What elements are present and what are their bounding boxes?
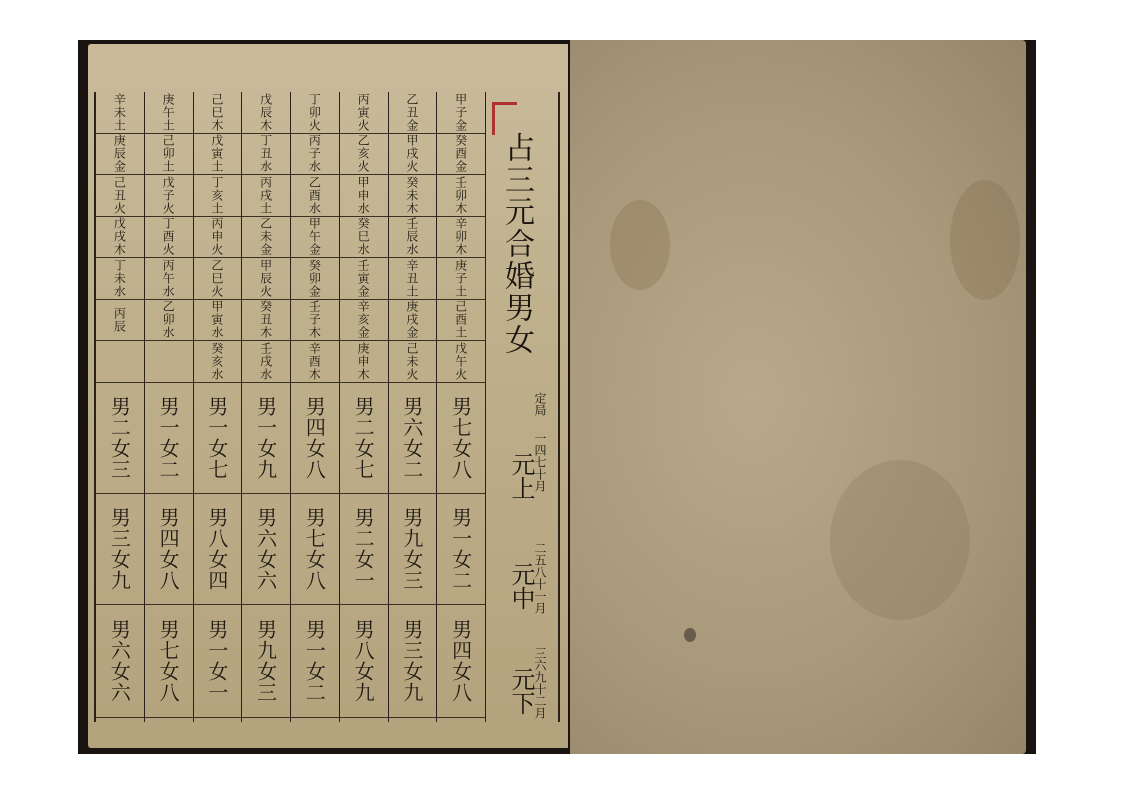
ganzhi-cell: 戊戌木 xyxy=(96,217,144,259)
ganzhi-cell: 丙子水 xyxy=(291,134,339,176)
ganzhi-cell: 乙巳火 xyxy=(194,258,242,300)
ganzhi-cell: 乙丑金 xyxy=(389,92,437,134)
ganzhi-cell: 辛未土 xyxy=(96,92,144,134)
ganzhi-cell: 甲戌火 xyxy=(389,134,437,176)
table-column: 甲子金 癸酉金 壬卯木 辛卯木 庚子土 己酉土 戊午火 男七女八 男一女二 男四… xyxy=(437,92,486,722)
lower-yuan-cell: 男三女九 xyxy=(389,605,437,718)
document-title: 占三元合婚男女 xyxy=(494,132,538,356)
ganzhi-cell: 甲午金 xyxy=(291,217,339,259)
ganzhi-cell: 戊寅土 xyxy=(194,134,242,176)
upper-yuan-cell: 男一女七 xyxy=(194,383,242,494)
ganzhi-cell: 丁未水 xyxy=(96,258,144,300)
ganzhi-cell xyxy=(96,341,144,383)
middle-yuan-cell: 男八女四 xyxy=(194,494,242,605)
ganzhi-cell: 甲寅水 xyxy=(194,300,242,342)
paper-stain xyxy=(950,180,1020,300)
ganzhi-cell: 庚戌金 xyxy=(389,300,437,342)
ganzhi-cell: 辛酉木 xyxy=(291,341,339,383)
middle-yuan-cell: 男三女九 xyxy=(96,494,144,605)
ganzhi-cell: 壬寅金 xyxy=(340,258,388,300)
compatibility-table: 甲子金 癸酉金 壬卯木 辛卯木 庚子土 己酉土 戊午火 男七女八 男一女二 男四… xyxy=(94,92,486,722)
ganzhi-cell: 己酉土 xyxy=(437,300,485,342)
section-yuan-middle: 元中 xyxy=(504,562,539,610)
ganzhi-cell: 甲子金 xyxy=(437,92,485,134)
paper-stain xyxy=(610,200,670,290)
ganzhi-cell: 壬戌水 xyxy=(242,341,290,383)
table-column: 丁卯火 丙子水 乙酉水 甲午金 癸卯金 壬子木 辛酉木 男四女八 男七女八 男一… xyxy=(291,92,340,722)
ganzhi-cell: 丙戌土 xyxy=(242,175,290,217)
ganzhi-cell: 庚午土 xyxy=(145,92,193,134)
ganzhi-cell xyxy=(145,341,193,383)
upper-yuan-cell: 男六女二 xyxy=(389,383,437,494)
table-column: 乙丑金 甲戌火 癸未木 壬辰水 辛丑土 庚戌金 己未火 男六女二 男九女三 男三… xyxy=(389,92,438,722)
ganzhi-cell: 戊子火 xyxy=(145,175,193,217)
ganzhi-cell: 丁亥土 xyxy=(194,175,242,217)
ganzhi-cell: 丙午水 xyxy=(145,258,193,300)
ganzhi-cell: 辛丑土 xyxy=(389,258,437,300)
ganzhi-cell: 癸丑木 xyxy=(242,300,290,342)
ganzhi-cell: 壬子木 xyxy=(291,300,339,342)
paper-stain xyxy=(830,460,970,620)
upper-yuan-cell: 男二女七 xyxy=(340,383,388,494)
manuscript-photo: 甲子金 癸酉金 壬卯木 辛卯木 庚子土 己酉土 戊午火 男七女八 男一女二 男四… xyxy=(78,40,1036,754)
ganzhi-cell: 辛亥金 xyxy=(340,300,388,342)
table-column: 己巳木 戊寅土 丁亥土 丙申火 乙巳火 甲寅水 癸亥水 男一女七 男八女四 男一… xyxy=(194,92,243,722)
title-column: 占三元合婚男女 定局 一四七十月 元上 二五八十一月 元中 三六九十二月 元下 xyxy=(488,92,560,722)
lower-yuan-cell: 男八女九 xyxy=(340,605,388,718)
ganzhi-cell: 丁酉火 xyxy=(145,217,193,259)
ganzhi-cell: 戊午火 xyxy=(437,341,485,383)
ganzhi-cell: 己丑火 xyxy=(96,175,144,217)
left-page: 甲子金 癸酉金 壬卯木 辛卯木 庚子土 己酉土 戊午火 男七女八 男一女二 男四… xyxy=(88,44,568,748)
section-yuan-upper: 元上 xyxy=(504,452,539,500)
upper-yuan-cell: 男四女八 xyxy=(291,383,339,494)
ganzhi-cell: 乙卯水 xyxy=(145,300,193,342)
lower-yuan-cell: 男一女二 xyxy=(291,605,339,718)
ganzhi-cell: 庚辰金 xyxy=(96,134,144,176)
upper-yuan-cell: 男二女三 xyxy=(96,383,144,494)
red-bracket-mark xyxy=(492,102,517,135)
ganzhi-cell: 丁卯火 xyxy=(291,92,339,134)
middle-yuan-cell: 男二女一 xyxy=(340,494,388,605)
ganzhi-cell: 丙申火 xyxy=(194,217,242,259)
ganzhi-cell: 丁丑水 xyxy=(242,134,290,176)
ganzhi-cell: 壬卯木 xyxy=(437,175,485,217)
ganzhi-cell: 丙寅火 xyxy=(340,92,388,134)
ganzhi-cell: 壬辰水 xyxy=(389,217,437,259)
ganzhi-cell: 癸未木 xyxy=(389,175,437,217)
middle-yuan-cell: 男六女六 xyxy=(242,494,290,605)
ganzhi-cell: 癸亥水 xyxy=(194,341,242,383)
ganzhi-cell: 甲申水 xyxy=(340,175,388,217)
middle-yuan-cell: 男四女八 xyxy=(145,494,193,605)
ganzhi-cell: 癸巳水 xyxy=(340,217,388,259)
ganzhi-cell: 乙酉水 xyxy=(291,175,339,217)
lower-yuan-cell: 男七女八 xyxy=(145,605,193,718)
ganzhi-cell: 己未火 xyxy=(389,341,437,383)
ganzhi-cell: 丙辰 xyxy=(96,300,144,342)
upper-yuan-cell: 男一女九 xyxy=(242,383,290,494)
ganzhi-cell: 己卯土 xyxy=(145,134,193,176)
ganzhi-cell: 辛卯木 xyxy=(437,217,485,259)
ganzhi-cell: 乙亥火 xyxy=(340,134,388,176)
table-column: 辛未土 庚辰金 己丑火 戊戌木 丁未水 丙辰 男二女三 男三女九 男六女六 xyxy=(96,92,145,722)
table-column: 戊辰木 丁丑水 丙戌土 乙未金 甲辰火 癸丑木 壬戌水 男一女九 男六女六 男九… xyxy=(242,92,291,722)
table-column: 庚午土 己卯土 戊子火 丁酉火 丙午水 乙卯水 男一女二 男四女八 男七女八 xyxy=(145,92,194,722)
lower-yuan-cell: 男九女三 xyxy=(242,605,290,718)
lower-yuan-cell: 男四女八 xyxy=(437,605,485,718)
paper-hole xyxy=(684,628,696,642)
lower-yuan-cell: 男六女六 xyxy=(96,605,144,718)
ganzhi-cell: 甲辰火 xyxy=(242,258,290,300)
ganzhi-cell: 癸酉金 xyxy=(437,134,485,176)
title-side-note: 定局 xyxy=(532,392,549,416)
ganzhi-cell: 己巳木 xyxy=(194,92,242,134)
middle-yuan-cell: 男七女八 xyxy=(291,494,339,605)
ganzhi-cell: 戊辰木 xyxy=(242,92,290,134)
section-yuan-lower: 元下 xyxy=(504,667,539,715)
ganzhi-cell: 庚子土 xyxy=(437,258,485,300)
ganzhi-cell: 癸卯金 xyxy=(291,258,339,300)
ganzhi-cell: 乙未金 xyxy=(242,217,290,259)
middle-yuan-cell: 男一女二 xyxy=(437,494,485,605)
upper-yuan-cell: 男一女二 xyxy=(145,383,193,494)
lower-yuan-cell: 男一女一 xyxy=(194,605,242,718)
ganzhi-cell: 庚申木 xyxy=(340,341,388,383)
right-page-blank xyxy=(570,40,1026,754)
table-column: 丙寅火 乙亥火 甲申水 癸巳水 壬寅金 辛亥金 庚申木 男二女七 男二女一 男八… xyxy=(340,92,389,722)
upper-yuan-cell: 男七女八 xyxy=(437,383,485,494)
middle-yuan-cell: 男九女三 xyxy=(389,494,437,605)
